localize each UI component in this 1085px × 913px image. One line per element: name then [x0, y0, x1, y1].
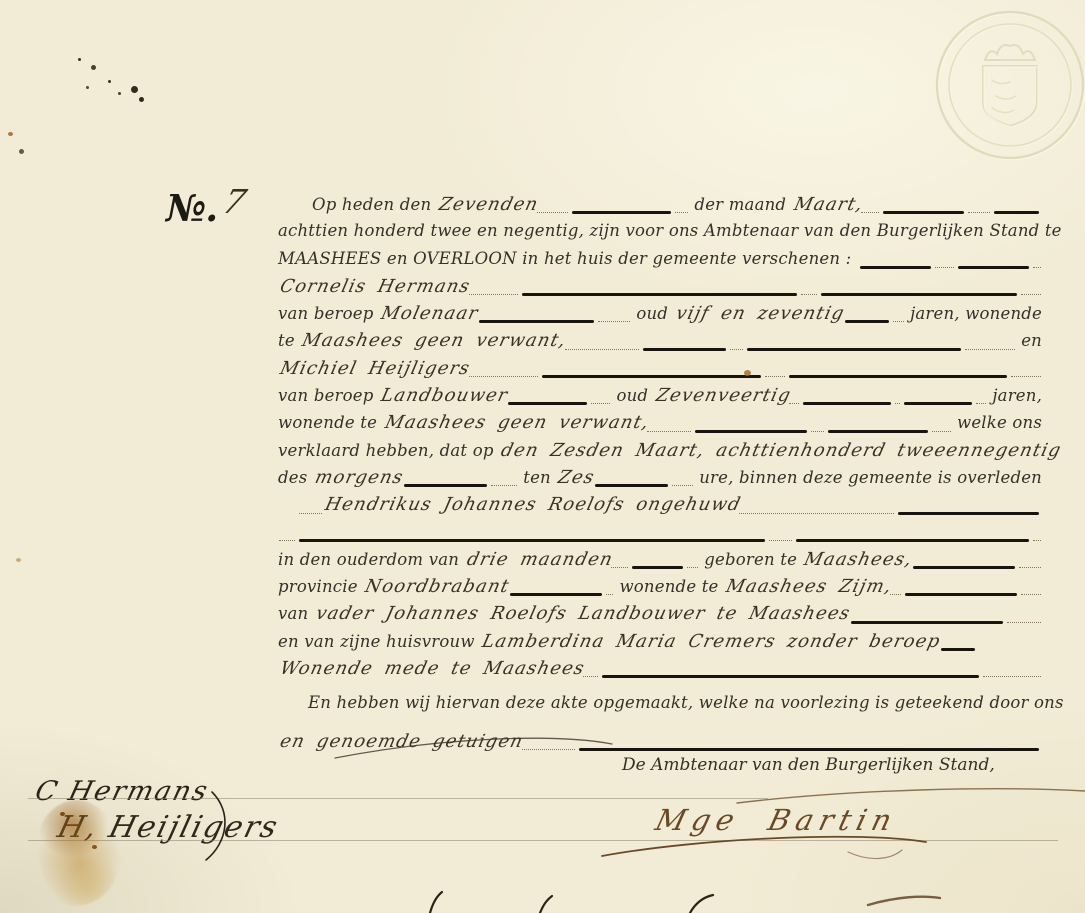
- act-line: en genoemde getuigen: [278, 731, 1042, 758]
- handwritten-text: morgens: [313, 467, 406, 488]
- ink-filler-bar: [913, 566, 1014, 569]
- ink-filler-bar: [602, 675, 979, 678]
- handwritten-text: vijf en zeventig: [674, 303, 847, 324]
- ink-filler-bar: [803, 402, 891, 405]
- dotted-filler-line: [279, 540, 295, 541]
- ink-filler-bar: [572, 211, 671, 214]
- handwritten-text: Maashees,: [802, 549, 915, 570]
- ink-filler-bar: [404, 484, 487, 487]
- dotted-filler-line: [491, 485, 517, 486]
- stain-speck: [92, 845, 97, 849]
- dotted-filler-line: [1019, 567, 1042, 568]
- act-line: Cornelis Hermans: [278, 276, 1042, 303]
- dotted-filler-line: [935, 267, 954, 268]
- ink-filler-bar: [845, 320, 890, 323]
- handwritten-text: Maashees Zijm,: [724, 576, 894, 597]
- pencil-baseline: [28, 840, 1058, 841]
- dotted-filler-line: [789, 403, 799, 404]
- act-line: wonende te Maashees geen verwant, welke …: [278, 412, 1042, 439]
- ink-filler-bar: [789, 375, 1008, 378]
- printed-text: der maand: [689, 195, 792, 214]
- dotted-filler-line: [801, 294, 817, 295]
- ink-filler-bar: [747, 348, 961, 351]
- dotted-filler-line: [890, 594, 901, 595]
- embossed-coat-of-arms-seal-icon: [930, 8, 1085, 168]
- act-line: Hendrikus Johannes Roelofs ongehuwd: [278, 494, 1042, 521]
- act-line: achttien honderd twee en negentig, zijn …: [278, 221, 1042, 248]
- dotted-filler-line: [811, 431, 824, 432]
- dotted-filler-line: [687, 567, 698, 568]
- printed-text: En hebben wij hiervan deze akte opgemaak…: [308, 693, 1064, 712]
- act-line: Michiel Heijligers: [278, 358, 1042, 385]
- printed-text: en: [1016, 331, 1042, 350]
- dotted-filler-line: [647, 431, 691, 432]
- act-line: des morgens ten Zes ure, binnen deze gem…: [278, 467, 1042, 494]
- ink-filler-bar: [299, 539, 765, 542]
- printed-text: in den ouderdom van: [278, 550, 465, 569]
- printed-text: van: [278, 604, 314, 623]
- printed-text: Op heden den: [312, 195, 437, 214]
- printed-text: oud: [611, 386, 654, 405]
- printed-text: MAASHEES en OVERLOON in het huis der gem…: [278, 249, 857, 268]
- dotted-filler-line: [1011, 376, 1041, 377]
- printed-text: geboren te: [699, 550, 803, 569]
- dotted-filler-line: [976, 403, 986, 404]
- handwritten-text: Zes: [556, 467, 597, 488]
- ink-filler-bar: [695, 430, 807, 433]
- dotted-filler-line: [1007, 622, 1041, 623]
- dotted-filler-line: [765, 376, 785, 377]
- printed-text: van beroep: [278, 304, 379, 323]
- dotted-filler-line: [1033, 540, 1041, 541]
- ink-filler-bar: [579, 748, 1039, 751]
- printed-text: welke ons: [952, 413, 1042, 432]
- handwritten-text: en genoemde getuigen: [278, 731, 526, 752]
- ink-filler-bar: [883, 211, 964, 214]
- dotted-filler-line: [965, 349, 1014, 350]
- act-line: van beroep Molenaar oud vijf en zeventig…: [278, 303, 1042, 330]
- witness-signature-1: C Hermans: [32, 776, 212, 807]
- ink-filler-bar: [860, 266, 931, 269]
- ink-filler-bar: [542, 375, 761, 378]
- dotted-filler-line: [675, 212, 688, 213]
- ink-filler-bar: [510, 593, 602, 596]
- printed-text: oud: [631, 304, 674, 323]
- printed-text: en van zijne huisvrouw: [278, 632, 480, 651]
- printed-text: te: [278, 331, 300, 350]
- handwritten-text: Michiel Heijligers: [278, 358, 472, 379]
- dotted-filler-line: [469, 294, 518, 295]
- dotted-filler-line: [591, 403, 611, 404]
- printed-text: des: [278, 468, 313, 487]
- act-line: Op heden den Zevenden der maand Maart,: [278, 194, 1042, 221]
- handwritten-text: Zevenveertig: [654, 385, 793, 406]
- act-line: van vader Johannes Roelofs Landbouwer te…: [278, 603, 1042, 630]
- dotted-filler-line: [611, 567, 628, 568]
- dotted-filler-line: [861, 212, 879, 213]
- handwritten-text: Wonende mede te Maashees: [278, 658, 587, 679]
- ink-filler-bar: [821, 293, 1018, 296]
- stain-speck: [60, 812, 65, 816]
- dotted-filler-line: [606, 594, 613, 595]
- dotted-filler-line: [299, 513, 322, 514]
- printed-text: achttien honderd twee en negentig, zijn …: [278, 221, 1062, 240]
- ink-filler-bar: [828, 430, 928, 433]
- registrar-title-line: De Ambtenaar van den Burgerlijken Stand,: [622, 755, 995, 775]
- printed-text: provincie: [278, 577, 363, 596]
- ink-filler-bar: [796, 539, 1029, 542]
- handwritten-text: Maashees geen verwant,: [383, 412, 652, 433]
- printed-text: ten: [518, 468, 557, 487]
- dotted-filler-line: [739, 513, 894, 514]
- dotted-filler-line: [968, 212, 990, 213]
- printed-text: jaren,: [987, 386, 1042, 405]
- handwritten-text: Maart,: [792, 194, 866, 215]
- printed-text: verklaard hebben, dat op: [278, 441, 499, 460]
- dotted-filler-line: [730, 349, 743, 350]
- handwritten-text: drie maanden: [465, 549, 615, 570]
- act-line: van beroep Landbouwer oud Zevenveertig j…: [278, 385, 1042, 412]
- ink-filler-bar: [905, 593, 1017, 596]
- printed-text: wonende te: [278, 413, 383, 432]
- printed-text: wonende te: [614, 577, 724, 596]
- dotted-filler-line: [598, 321, 630, 322]
- dotted-filler-line: [769, 540, 792, 541]
- printed-text: van beroep: [278, 386, 379, 405]
- printed-text: ure, binnen deze gemeente is overleden: [694, 468, 1042, 487]
- registrar-signature: Mge Bartin: [652, 803, 901, 837]
- act-body: Op heden den Zevenden der maand Maart,ac…: [278, 194, 1042, 758]
- dotted-filler-line: [565, 349, 639, 350]
- act-line: [278, 522, 1042, 549]
- ink-filler-bar: [898, 512, 1039, 515]
- stain-speck: [16, 558, 21, 562]
- handwritten-text: Noordbrabant: [363, 576, 512, 597]
- dotted-filler-line: [895, 403, 900, 404]
- dotted-filler-line: [893, 321, 903, 322]
- act-line: En hebben wij hiervan deze akte opgemaak…: [278, 693, 1042, 720]
- dotted-filler-line: [672, 485, 693, 486]
- printed-text: jaren, wonende: [905, 304, 1042, 323]
- dotted-filler-line: [537, 212, 568, 213]
- ink-filler-bar: [994, 211, 1039, 214]
- death-certificate-scan: №. 7 Op heden den Zevenden der maand Maa…: [0, 0, 1085, 913]
- handwritten-text: Zevenden: [437, 194, 541, 215]
- dotted-filler-line: [583, 676, 598, 677]
- dotted-filler-line: [932, 431, 951, 432]
- ink-filler-bar: [851, 621, 1003, 624]
- act-line: verklaard hebben, dat op den Zesden Maar…: [278, 440, 1042, 467]
- handwritten-text: den Zesden Maart, achttienhonderd tweeen…: [499, 440, 1064, 461]
- handwritten-text: Maashees geen verwant,: [300, 330, 569, 351]
- handwritten-text: Lamberdina Maria Cremers zonder beroep: [480, 631, 943, 652]
- dotted-filler-line: [522, 749, 575, 750]
- act-line: te Maashees geen verwant, en: [278, 330, 1042, 357]
- ink-specks: [78, 58, 81, 61]
- dotted-filler-line: [983, 676, 1041, 677]
- act-line: in den ouderdom van drie maanden geboren…: [278, 549, 1042, 576]
- ink-filler-bar: [508, 402, 586, 405]
- act-number-label: №.: [166, 186, 217, 230]
- dotted-filler-line: [1033, 267, 1041, 268]
- ink-filler-bar: [904, 402, 972, 405]
- ink-filler-bar: [595, 484, 668, 487]
- ink-filler-bar: [643, 348, 725, 351]
- handwritten-text: vader Johannes Roelofs Landbouwer te Maa…: [314, 603, 853, 624]
- act-line: en van zijne huisvrouw Lamberdina Maria …: [278, 631, 1042, 658]
- handwritten-text: Molenaar: [379, 303, 481, 324]
- act-line: MAASHEES en OVERLOON in het huis der gem…: [278, 249, 1042, 276]
- handwritten-text: Cornelis Hermans: [278, 276, 473, 297]
- dotted-filler-line: [1021, 294, 1041, 295]
- act-line: provincie Noordbrabant wonende te Maashe…: [278, 576, 1042, 603]
- ink-filler-bar: [479, 320, 594, 323]
- stain-speck: [744, 370, 751, 376]
- handwritten-text: Hendrikus Johannes Roelofs ongehuwd: [323, 494, 743, 515]
- act-line: Wonende mede te Maashees: [278, 658, 1042, 685]
- handwritten-text: Landbouwer: [379, 385, 510, 406]
- pencil-baseline: [28, 798, 768, 799]
- ink-filler-bar: [958, 266, 1029, 269]
- ink-filler-bar: [632, 566, 683, 569]
- dotted-filler-line: [469, 376, 539, 377]
- stain-speck: [8, 132, 13, 136]
- ink-filler-bar: [941, 648, 975, 651]
- ink-filler-bar: [522, 293, 797, 296]
- dotted-filler-line: [1021, 594, 1041, 595]
- act-number-value: 7: [218, 182, 250, 221]
